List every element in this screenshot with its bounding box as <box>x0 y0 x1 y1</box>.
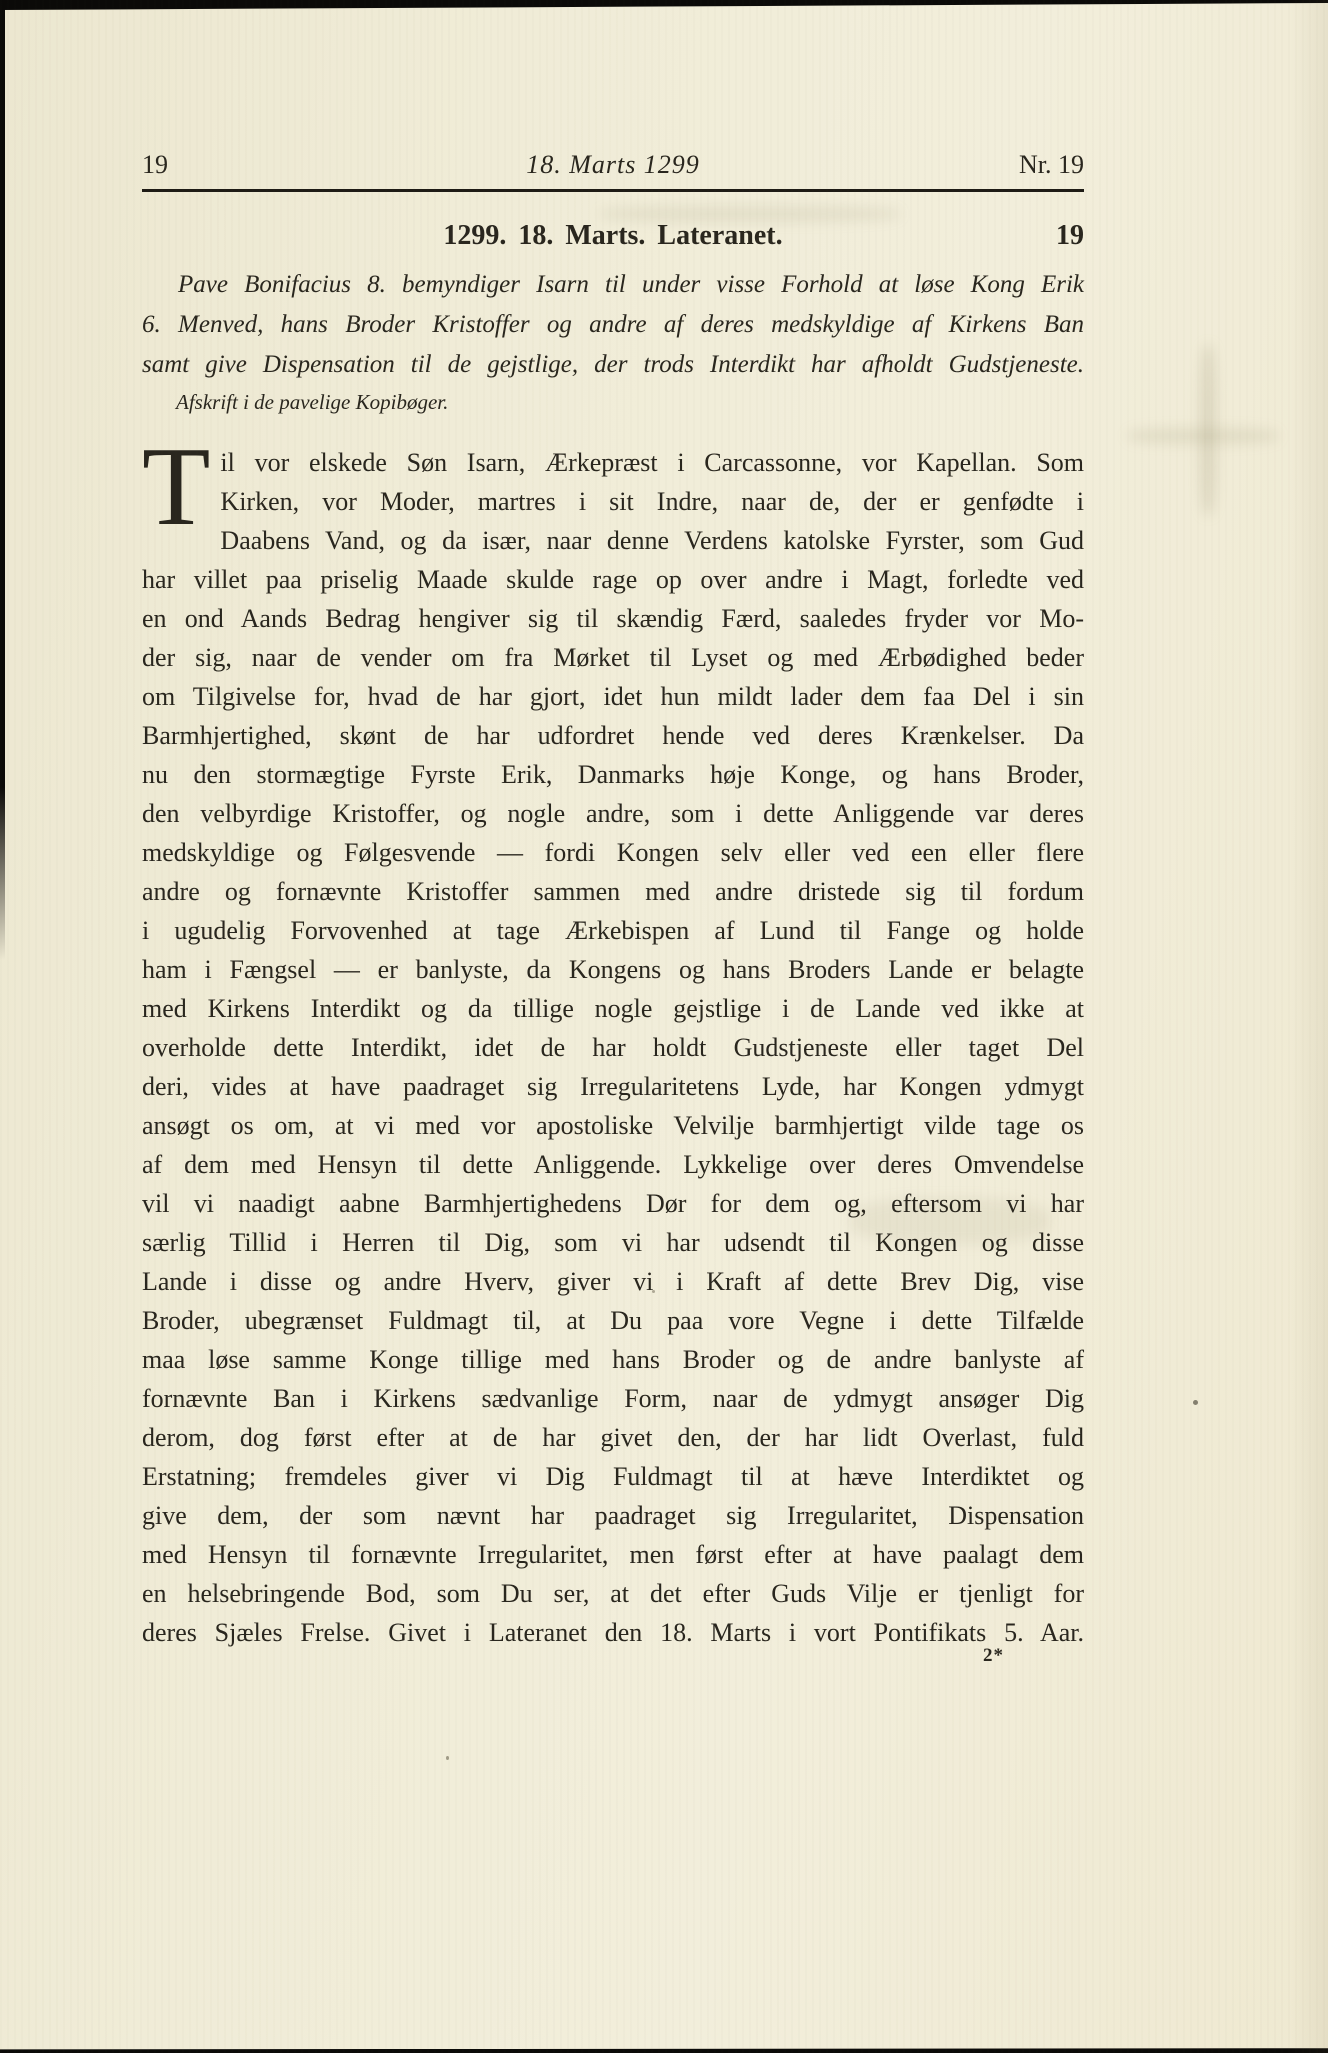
scan-edge-top <box>0 0 1328 10</box>
entry-heading: 1299. 18. Marts. Lateranet. 19 <box>142 220 1084 256</box>
body-line: om Tilgivelse for, hvad de har gjort, id… <box>142 677 1084 716</box>
body-line: overholde dette Interdikt, idet de har h… <box>142 1028 1084 1067</box>
body-line: vil vi naadigt aabne Barmhjertighedens D… <box>142 1184 1084 1223</box>
body-line: med Kirkens Interdikt og da tillige nogl… <box>142 989 1084 1028</box>
body-line: med Hensyn til fornævnte Irregularitet, … <box>142 1535 1084 1574</box>
body-line: ansøgt os om, at vi med vor apostoliske … <box>142 1106 1084 1145</box>
body-line: Broder, ubegrænset Fuldmagt til, at Du p… <box>142 1301 1084 1340</box>
entry-heading-title: 1299. 18. Marts. Lateranet. <box>443 220 782 251</box>
body-line: il vor elskede Søn Isarn, Ærkepræst i Ca… <box>142 443 1084 482</box>
scan-edge-left <box>0 0 5 960</box>
body-line: der sig, naar de vender om fra Mørket ti… <box>142 638 1084 677</box>
showthrough-artifact <box>1200 345 1216 515</box>
page-right-shadow <box>1290 0 1328 2053</box>
summary-line: Pave Bonifacius 8. bemyndiger Isarn til … <box>142 265 1084 305</box>
body-line: nu den stormægtige Fyrste Erik, Danmarks… <box>142 755 1084 794</box>
body-line: Barmhjertighed, skønt de har udfordret h… <box>142 716 1084 755</box>
body-line: Erstatning; fremdeles giver vi Dig Fuldm… <box>142 1457 1084 1496</box>
book-page: 19 18. Marts 1299 Nr. 19 1299. 18. Marts… <box>0 0 1328 2053</box>
summary-line: samt give Dispensation til de gejstlige,… <box>142 345 1084 385</box>
running-header-entry-number: Nr. 19 <box>1019 150 1084 180</box>
body-line: en helsebringende Bod, som Du ser, at de… <box>142 1574 1084 1613</box>
signature-mark: 2* <box>983 1645 1004 1667</box>
body-line: maa løse samme Konge tillige med hans Br… <box>142 1340 1084 1379</box>
entry-summary: Pave Bonifacius 8. bemyndiger Isarn til … <box>142 265 1084 385</box>
body-line: ham i Fængsel — er banlyste, da Kongens … <box>142 950 1084 989</box>
body-line: Lande i disse og andre Hverv, giver vi i… <box>142 1262 1084 1301</box>
body-line: Daabens Vand, og da især, naar denne Ver… <box>142 521 1084 560</box>
entry-heading-number: 19 <box>1056 220 1084 252</box>
summary-line: 6. Menved, hans Broder Kristoffer og and… <box>142 305 1084 345</box>
dropcap: T <box>142 445 210 525</box>
body-line: særlig Tillid i Herren til Dig, som vi h… <box>142 1223 1084 1262</box>
body-line: derom, dog først efter at de har givet d… <box>142 1418 1084 1457</box>
ink-speck <box>1193 1400 1198 1405</box>
letter-body: T il vor elskede Søn Isarn, Ærkepræst i … <box>142 443 1084 1652</box>
body-line: en ond Aands Bedrag hengiver sig til skæ… <box>142 599 1084 638</box>
body-line: Kirken, vor Moder, martres i sit Indre, … <box>142 482 1084 521</box>
ink-speck <box>446 1756 449 1760</box>
source-note: Afskrift i de pavelige Kopibøger. <box>142 390 1118 415</box>
scan-edge-bottom <box>0 2047 1328 2053</box>
running-header: 19 18. Marts 1299 Nr. 19 <box>142 150 1084 184</box>
body-line: deres Sjæles Frelse. Givet i Lateranet d… <box>142 1613 1084 1652</box>
body-line: deri, vides at have paadraget sig Irregu… <box>142 1067 1084 1106</box>
body-line: af dem med Hensyn til dette Anliggende. … <box>142 1145 1084 1184</box>
showthrough-artifact <box>1128 428 1278 444</box>
body-line: fornævnte Ban i Kirkens sædvanlige Form,… <box>142 1379 1084 1418</box>
body-line: i ugudelig Forvovenhed at tage Ærkebispe… <box>142 911 1084 950</box>
body-line: den velbyrdige Kristoffer, og nogle andr… <box>142 794 1084 833</box>
running-header-date: 18. Marts 1299 <box>142 150 1084 180</box>
header-rule <box>142 189 1084 192</box>
body-line: andre og fornævnte Kristoffer sammen med… <box>142 872 1084 911</box>
body-line: give dem, der som nævnt har paadraget si… <box>142 1496 1084 1535</box>
body-line: har villet paa priselig Maade skulde rag… <box>142 560 1084 599</box>
body-line: medskyldige og Følgesvende — fordi Konge… <box>142 833 1084 872</box>
